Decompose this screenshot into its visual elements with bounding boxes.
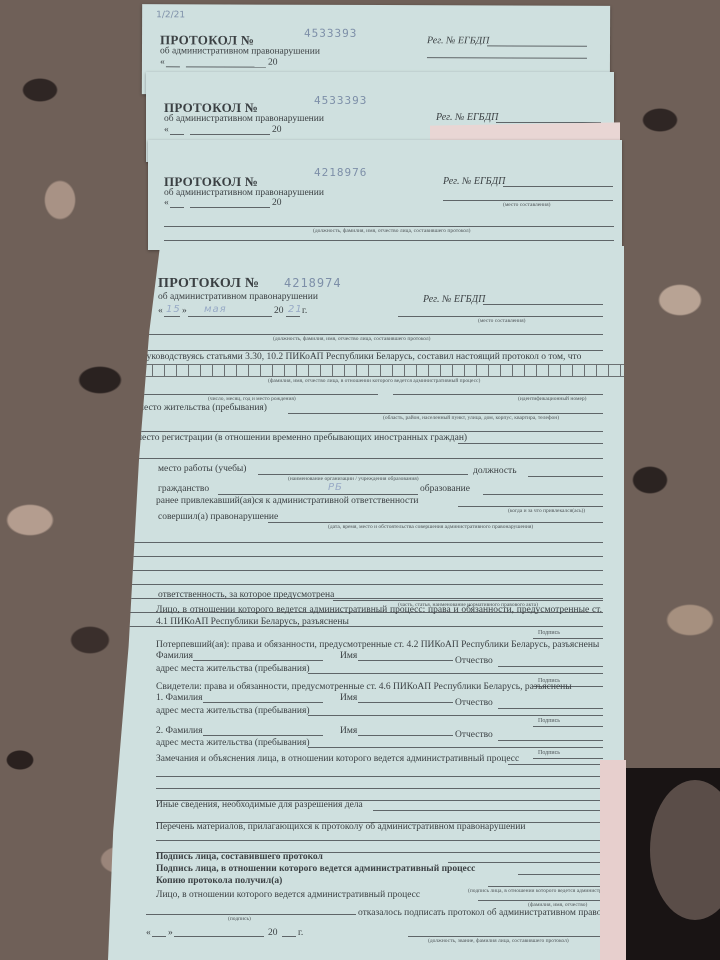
victim-name-label: Имя (340, 651, 357, 661)
bottom-year-suffix: г. (298, 928, 303, 938)
year-prefix: 20 (274, 306, 284, 316)
reg-label: Рег. № ЕГБДП (443, 176, 505, 187)
witness1-patronymic-label: Отчество (455, 698, 493, 708)
year-prefix: 20 (272, 125, 282, 135)
form-subtitle: об административном правонарушении (164, 114, 324, 124)
caption: (место составления) (503, 202, 550, 208)
guided-by-line: руководствуясь статьями 3.30, 10.2 ПИКоА… (142, 352, 581, 362)
form-subtitle: об административном правонарушении (158, 292, 318, 302)
caption-officer: (должность, фамилия, имя, отчество лица,… (273, 336, 431, 342)
caption: (должность, фамилия, имя, отчество лица,… (313, 228, 471, 234)
prior-label: ранее привлекавший(ая)ся к административ… (156, 496, 418, 506)
residence-label: место жительства (пребывания) (138, 403, 267, 413)
work-label: место работы (учебы) (158, 464, 246, 474)
caption-birth: (число, месяц, год и место рождения) (208, 396, 296, 402)
caption-person: (фамилия, имя, отчество лица, в отношени… (268, 378, 480, 384)
witness1-name-label: Имя (340, 693, 357, 703)
caption-id: (идентификационный номер) (518, 396, 586, 402)
witness2-patronymic-label: Отчество (455, 730, 493, 740)
witness2-surname-label: 2. Фамилия (156, 726, 203, 736)
year-prefix: 20 (272, 198, 282, 208)
witnesses-text: Свидетели: права и обязанности, предусмо… (156, 682, 572, 692)
year-suffix: г. (302, 306, 307, 316)
reg-label: Рег. № ЕГБДП (427, 35, 489, 46)
committed-label: совершил(а) правонарушение (158, 512, 278, 522)
rights-person-text: Лицо, в отношении которого ведется админ… (156, 604, 602, 628)
protocol-sheet-main: ПРОТОКОЛ № 4218974 об административном п… (108, 246, 624, 960)
form-number: 4533393 (304, 27, 357, 40)
registration-label: место регистрации (в отношении временно … (136, 433, 467, 443)
caption-work: (наименование организации / учреждения о… (288, 476, 419, 482)
position-label: должность (473, 466, 517, 476)
caption-signature: Подпись (538, 718, 560, 724)
liability-label: ответственность, за которое предусмотрен… (158, 590, 334, 600)
sig-subject-label: Подпись лица, в отношении которого ведет… (156, 864, 475, 874)
reg-label: Рег. № ЕГБДП (423, 294, 485, 305)
witness1-address-label: адрес места жительства (пребывания) (156, 706, 310, 716)
reg-label: Рег. № ЕГБДП (436, 112, 498, 123)
remarks-label: Замечания и объяснения лица, в отношении… (156, 754, 519, 764)
caption-offence: (дата, время, место и обстоятельства сов… (328, 524, 533, 530)
victim-patronymic-label: Отчество (455, 656, 493, 666)
form-title: ПРОТОКОЛ № (158, 276, 259, 292)
witness2-name-label: Имя (340, 726, 357, 736)
pink-copy-edge (600, 760, 626, 960)
caption-signature: Подпись (538, 630, 560, 636)
refused-prefix: Лицо, в отношении которого ведется админ… (156, 890, 420, 900)
form-subtitle: об административном правонарушении (160, 46, 320, 57)
other-info-label: Иные сведения, необходимые для разрешени… (156, 800, 363, 810)
bottom-year-prefix: 20 (268, 928, 278, 938)
caption-signature: Подпись (538, 750, 560, 756)
year-prefix: 20 (268, 58, 278, 68)
form-number: 4218974 (284, 276, 342, 290)
witness1-surname-label: 1. Фамилия (156, 693, 203, 703)
victim-address-label: адрес места жительства (пребывания) (156, 664, 310, 674)
caption-officer-bottom: (должность, звание, фамилия лица, состав… (428, 938, 569, 944)
sig-officer-label: Подпись лица, составившего протокол (156, 852, 323, 862)
copy-received-label: Копию протокола получил(а) (156, 876, 282, 886)
handwritten-month: мая (204, 304, 227, 315)
citizenship-label: гражданство (158, 484, 209, 494)
witness2-address-label: адрес места жительства (пребывания) (156, 738, 310, 748)
name-letter-boxes (140, 364, 632, 377)
handwritten-citizenship: РБ (328, 482, 343, 493)
caption-prior: (когда и за что привлекался(ась)) (508, 508, 585, 514)
caption-signature-small: (подпись) (228, 916, 251, 922)
handwritten-year: 21 (288, 304, 303, 315)
materials-label: Перечень материалов, прилагающихся к про… (156, 822, 525, 832)
form-subtitle: об административном правонарушении (164, 188, 324, 198)
handwritten-day: 15 (166, 304, 181, 315)
education-label: образование (420, 484, 470, 494)
victim-text: Потерпевший(ая): права и обязанности, пр… (156, 640, 599, 650)
corner-mark: 1/2/21 (156, 10, 185, 20)
caption-place: (место составления) (478, 318, 525, 324)
protocol-sheet-3: ПРОТОКОЛ № 4218976 об административном п… (148, 140, 622, 250)
caption-address: (область, район, населенный пункт, улица… (383, 415, 559, 421)
victim-surname-label: Фамилия (156, 651, 193, 661)
form-number: 4218976 (314, 166, 367, 179)
form-number: 4533393 (314, 94, 367, 107)
